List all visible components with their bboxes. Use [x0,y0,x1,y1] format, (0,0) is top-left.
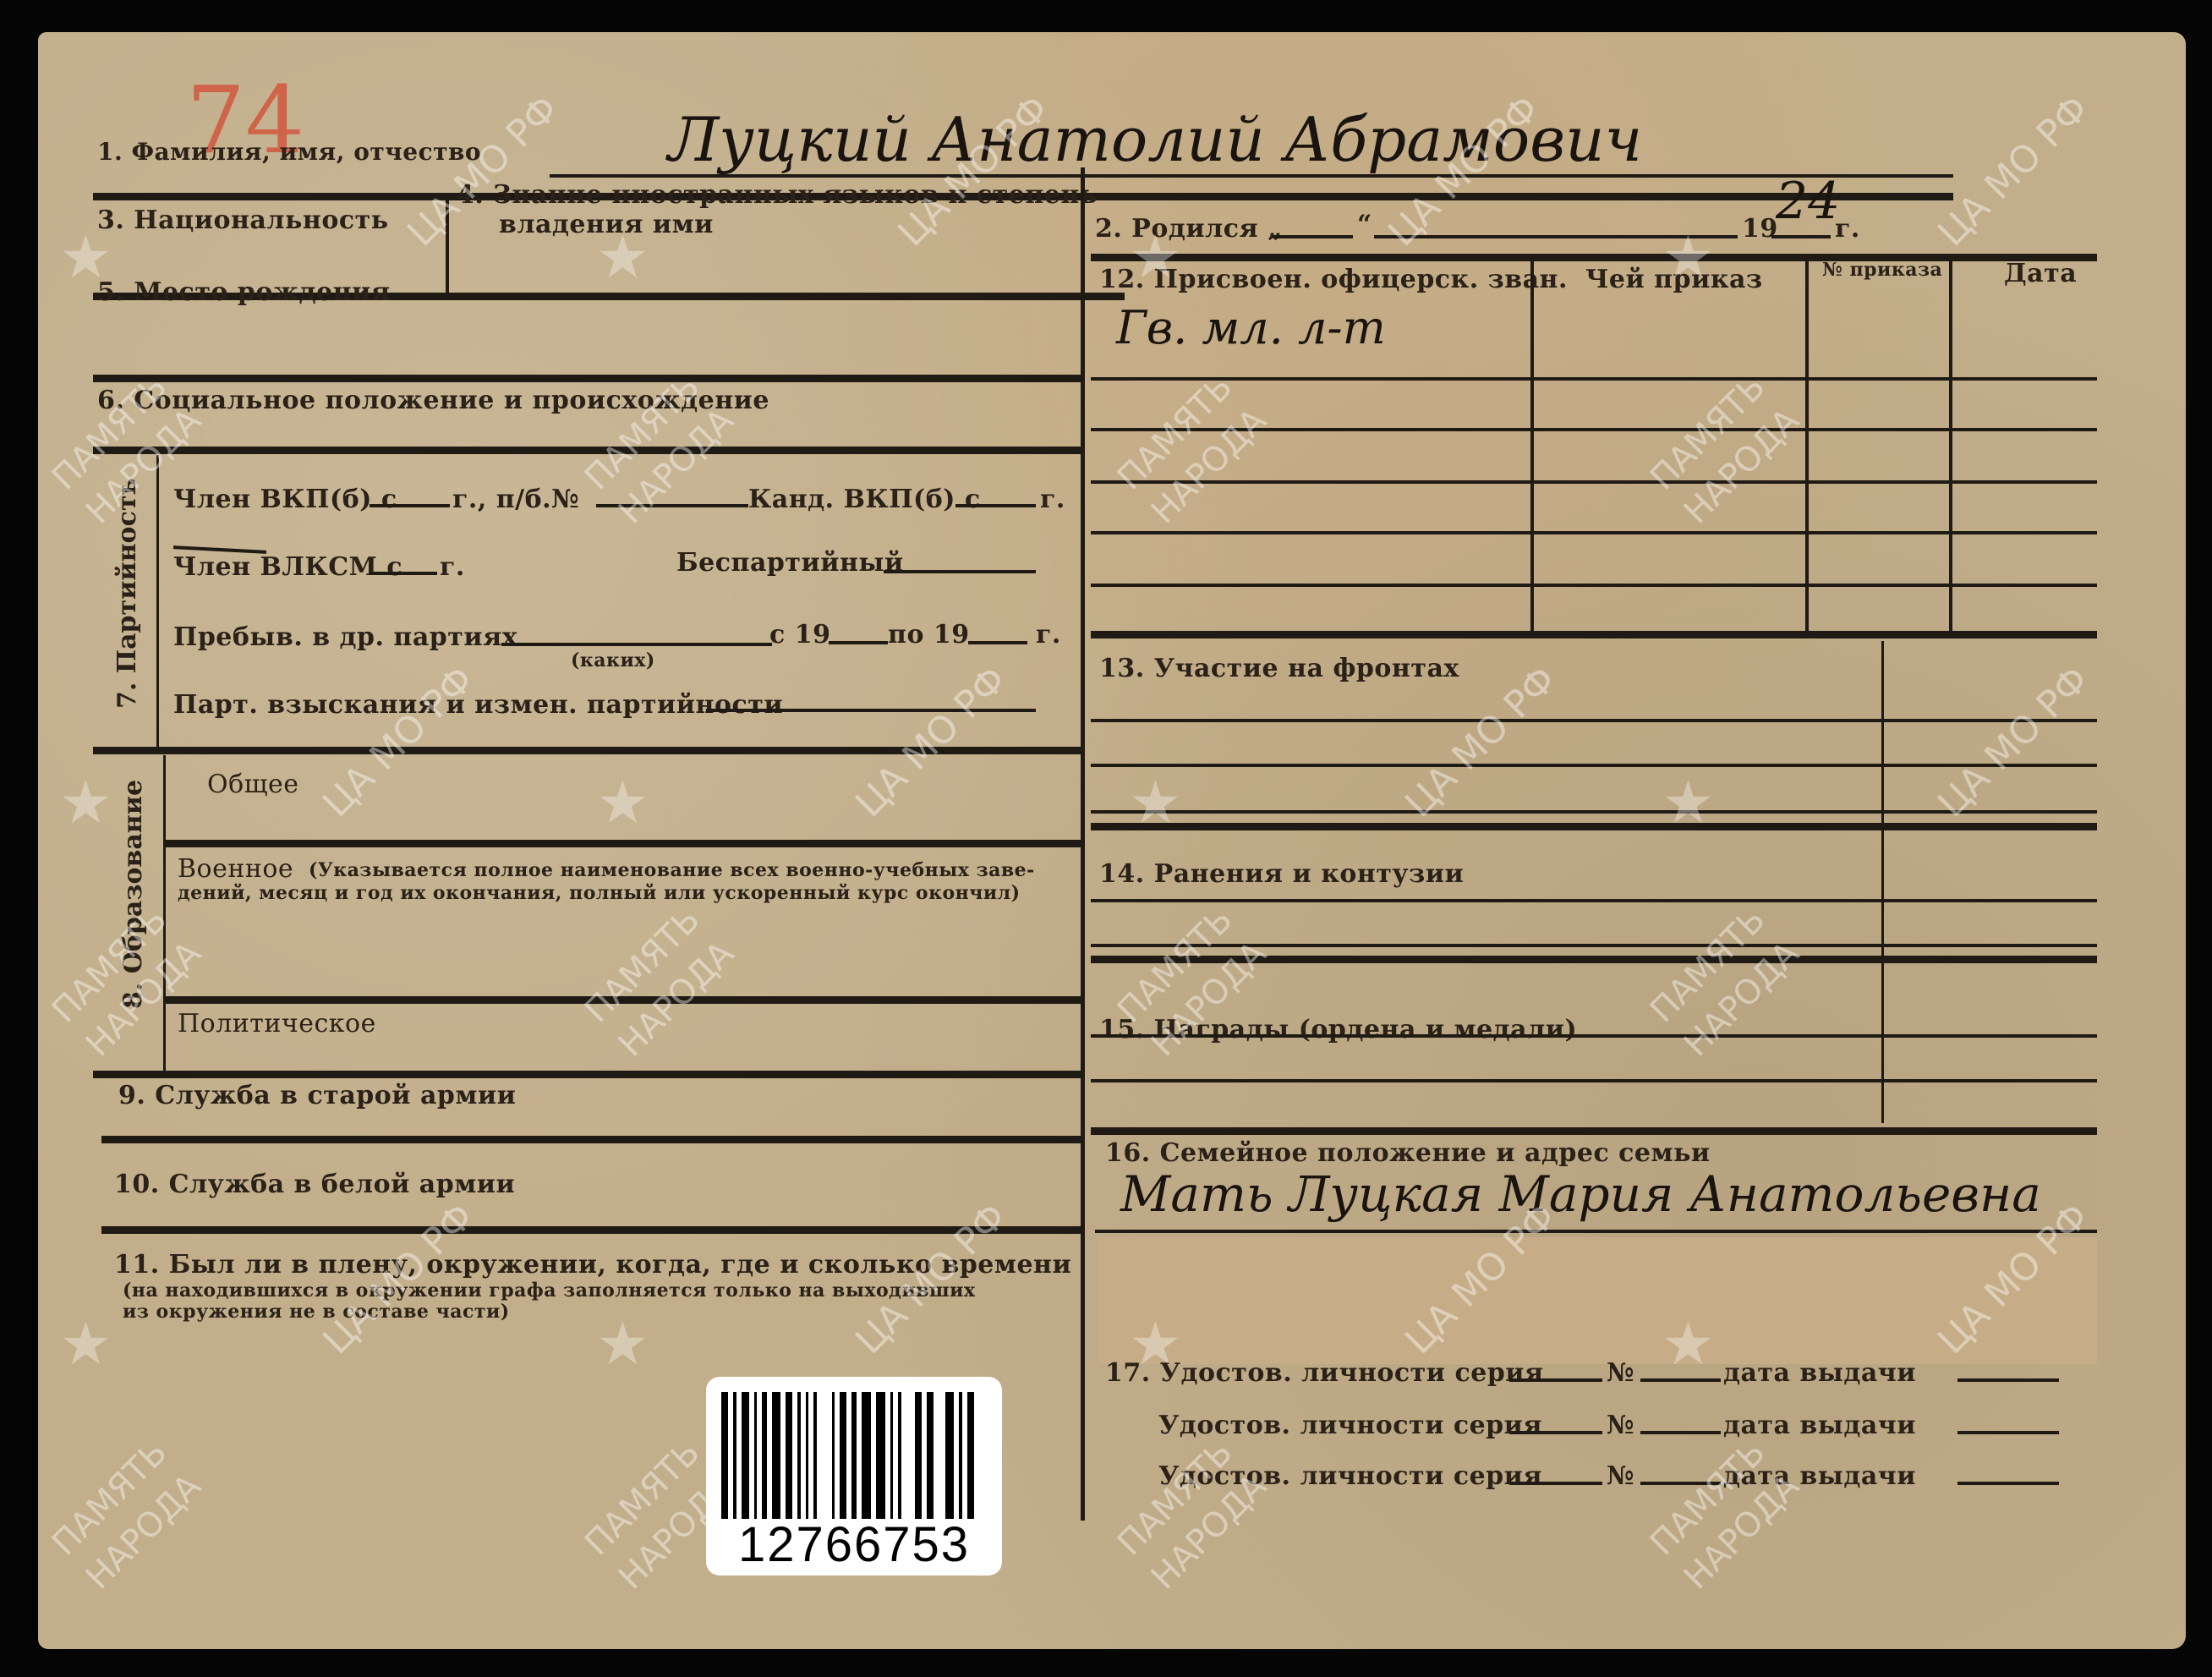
field-4-label-line1: 4. Знание иностранных языков и степень [457,180,1098,210]
redacted-area [1099,1237,2097,1364]
field-8-political-label: Политическое [178,1009,376,1039]
field-17-row-3-label: Удостов. личности серия [1158,1461,1542,1491]
watermark-tsamo: ЦА МО РФ [1932,90,2095,253]
field-7-nonparty-label: Беспартийный [676,548,904,578]
watermark-naroda: НАРОДА [613,403,740,530]
divider [93,747,1082,754]
field-11-note-1: (на находившихся в окружении графа запол… [123,1280,976,1302]
blank-line [1509,1482,1602,1485]
watermark-pamyat: ПАМЯТЬ [1112,1435,1239,1562]
blank-line [370,572,437,575]
field-1-name-value: Луцкий Анатолий Абрамович [668,104,1642,175]
field-7-penalties-label: Парт. взыскания и измен. партийности [173,690,783,720]
field-7-from: с 19 [769,620,830,649]
field-7-cand-label: Канд. ВКП(б) с [748,485,981,514]
divider [1091,823,2097,830]
field-2-suffix: г. [1835,214,1860,244]
field-7-vlksm-label: Член ВЛКСМ с [173,552,402,582]
watermark-pamyat: ПАМЯТЬ [1645,1435,1771,1562]
divider [1805,259,1809,631]
watermark-tsamo: ЦА МО РФ [1932,660,2095,824]
blank-line [968,641,1027,644]
row-line [1091,1034,2097,1038]
star-watermark-icon: ★ [59,1309,112,1378]
field-14-label: 14. Ранения и контузии [1099,859,1464,889]
watermark-naroda: НАРОДА [1678,403,1805,530]
divider [156,455,159,747]
field-9-label: 9. Служба в старой армии [118,1081,516,1110]
field-2-label: 2. Родился „ [1095,214,1283,244]
row-line [1091,719,2097,722]
watermark-naroda: НАРОДА [80,1469,207,1596]
divider [1881,641,1884,1123]
watermark-pamyat: ПАМЯТЬ [1112,902,1239,1029]
field-8-military-note-2: дений, месяц и год их окончания, полный … [178,882,1021,904]
blank-line [1957,1482,2059,1485]
table-row-line [1091,584,2097,587]
field-2-day-blank [1273,235,1353,238]
divider [1949,259,1952,631]
field-17-date: дата выдачи [1723,1461,1916,1491]
personnel-record-card: 74 1. Фамилия, имя, отчество Луцкий Анат… [38,32,2186,1649]
blank-line [955,504,1036,507]
field-2-month-blank [1374,235,1738,238]
row-line [1091,944,2097,947]
barcode-sticker: 12766753 [706,1377,1002,1576]
field-11-label: 11. Был ли в плену, окружении, когда, гд… [114,1250,1071,1280]
field-8-section-label: 8. Образование [118,780,148,1009]
blank-line [370,504,450,507]
divider [1530,259,1534,635]
field-2-year-value: 24 [1776,172,1840,231]
field-8-military-note-1: (Указывается полное наименование всех во… [309,859,1035,881]
divider [1091,956,2097,963]
field-16-family-value: Мать Луцкая Мария Анатольевна [1120,1165,2041,1223]
table-row-line [1091,428,2097,431]
barcode-number: 12766753 [706,1516,1002,1573]
field-7-pb-label: г., п/б.№ [452,485,579,514]
table-row-line [1091,377,2097,381]
blank-line [1509,1431,1602,1434]
field-16-underline [1095,1230,2097,1233]
row-line [1091,899,2097,902]
field-7-vkpb-label: Член ВКП(б) с [173,485,397,514]
field-11-note-2: из окружения не в составе части) [123,1301,510,1323]
field-7-suffix: г. [1040,485,1065,514]
field-2-year-blank [1771,235,1831,238]
field-3-label: 3. Национальность [97,206,389,235]
blank-line [1640,1482,1721,1485]
field-6-label: 6. Социальное положение и происхождение [97,386,769,415]
field-12-col-order: Чей приказ [1585,265,1763,294]
field-1-underline [550,174,1953,178]
field-13-label: 13. Участие на фронтах [1099,654,1459,683]
row-line [1091,810,2097,814]
divider [1091,1127,2097,1135]
field-5-label: 5. Место рождения [97,277,391,307]
divider [165,840,1082,847]
blank-line [501,643,772,646]
blank-line [829,641,888,644]
field-8-general-label: Общее [207,770,299,799]
field-17-num: № [1607,1411,1634,1440]
field-12-col-date: Дата [2004,259,2077,288]
row-line [1091,764,2097,767]
blank-line [884,570,1036,573]
watermark-pamyat: ПАМЯТЬ [1645,902,1771,1029]
blank-line [596,504,748,507]
watermark-naroda: НАРОДА [1146,403,1273,530]
table-row-line [1091,480,2097,484]
field-16-label: 16. Семейное положение и адрес семьи [1105,1138,1711,1168]
field-17-row-1-label: 17. Удостов. личности серия [1105,1358,1544,1388]
divider [165,996,1082,1004]
divider [101,1136,1082,1143]
field-4-label-line2: владения ими [499,210,714,239]
blank-line [1640,1378,1721,1382]
blank-line [706,709,1036,712]
field-1-label: 1. Фамилия, имя, отчество [97,138,481,166]
star-watermark-icon: ★ [59,768,112,837]
watermark-tsamo: ЦА МО РФ [850,660,1013,824]
field-17-date: дата выдачи [1723,1358,1916,1388]
watermark-pamyat: ПАМЯТЬ [47,1435,173,1562]
field-2-quote: “ [1357,210,1372,239]
blank-line [1509,1378,1602,1382]
row-line [1091,1079,2097,1082]
field-17-date: дата выдачи [1723,1411,1916,1440]
watermark-pamyat: ПАМЯТЬ [1112,370,1239,496]
blank-line [1957,1431,2059,1434]
field-7-note: (каких) [571,649,655,671]
field-17-num: № [1607,1358,1634,1388]
divider [1091,254,2097,261]
watermark-pamyat: ПАМЯТЬ [47,902,173,1029]
blank-line [1957,1378,2059,1382]
blank-line [1640,1431,1721,1434]
divider [163,755,166,1072]
field-12-rank-value: Гв. мл. л-т [1116,301,1386,354]
field-15-label: 15. Награды (ордена и медали) [1099,1015,1577,1044]
field-12-label: 12. Присвоен. офицерск. зван. [1099,265,1568,294]
field-17-num: № [1607,1461,1634,1491]
barcode-icon [721,1392,979,1519]
field-7-suffix: г. [1036,620,1061,649]
field-7-section-label: 7. Партийность [112,478,142,709]
divider [93,375,1082,382]
watermark-pamyat: ПАМЯТЬ [1645,370,1771,496]
divider [1091,631,2097,638]
divider [446,197,449,299]
divider [93,1071,1082,1078]
field-17-row-2-label: Удостов. личности серия [1158,1411,1542,1440]
field-7-suffix: г. [440,552,465,582]
divider [101,1226,1082,1234]
field-7-to: по 19 [888,620,970,649]
divider [93,447,1082,454]
watermark-pamyat: ПАМЯТЬ [579,1435,706,1562]
field-8-military-label: Военное [178,854,293,884]
field-10-label: 10. Служба в белой армии [114,1170,515,1199]
watermark-tsamo: ЦА МО РФ [1399,660,1563,824]
watermark-pamyat: ПАМЯТЬ [579,902,706,1029]
watermark-tsamo: ЦА МО РФ [317,660,480,824]
star-watermark-icon: ★ [596,1309,649,1378]
table-row-line [1091,531,2097,534]
field-2-year-prefix: 19 [1742,214,1778,244]
field-12-col-number: № приказа [1822,259,1942,281]
field-7-other-parties-label: Пребыв. в др. партиях [173,622,517,652]
star-watermark-icon: ★ [596,768,649,837]
